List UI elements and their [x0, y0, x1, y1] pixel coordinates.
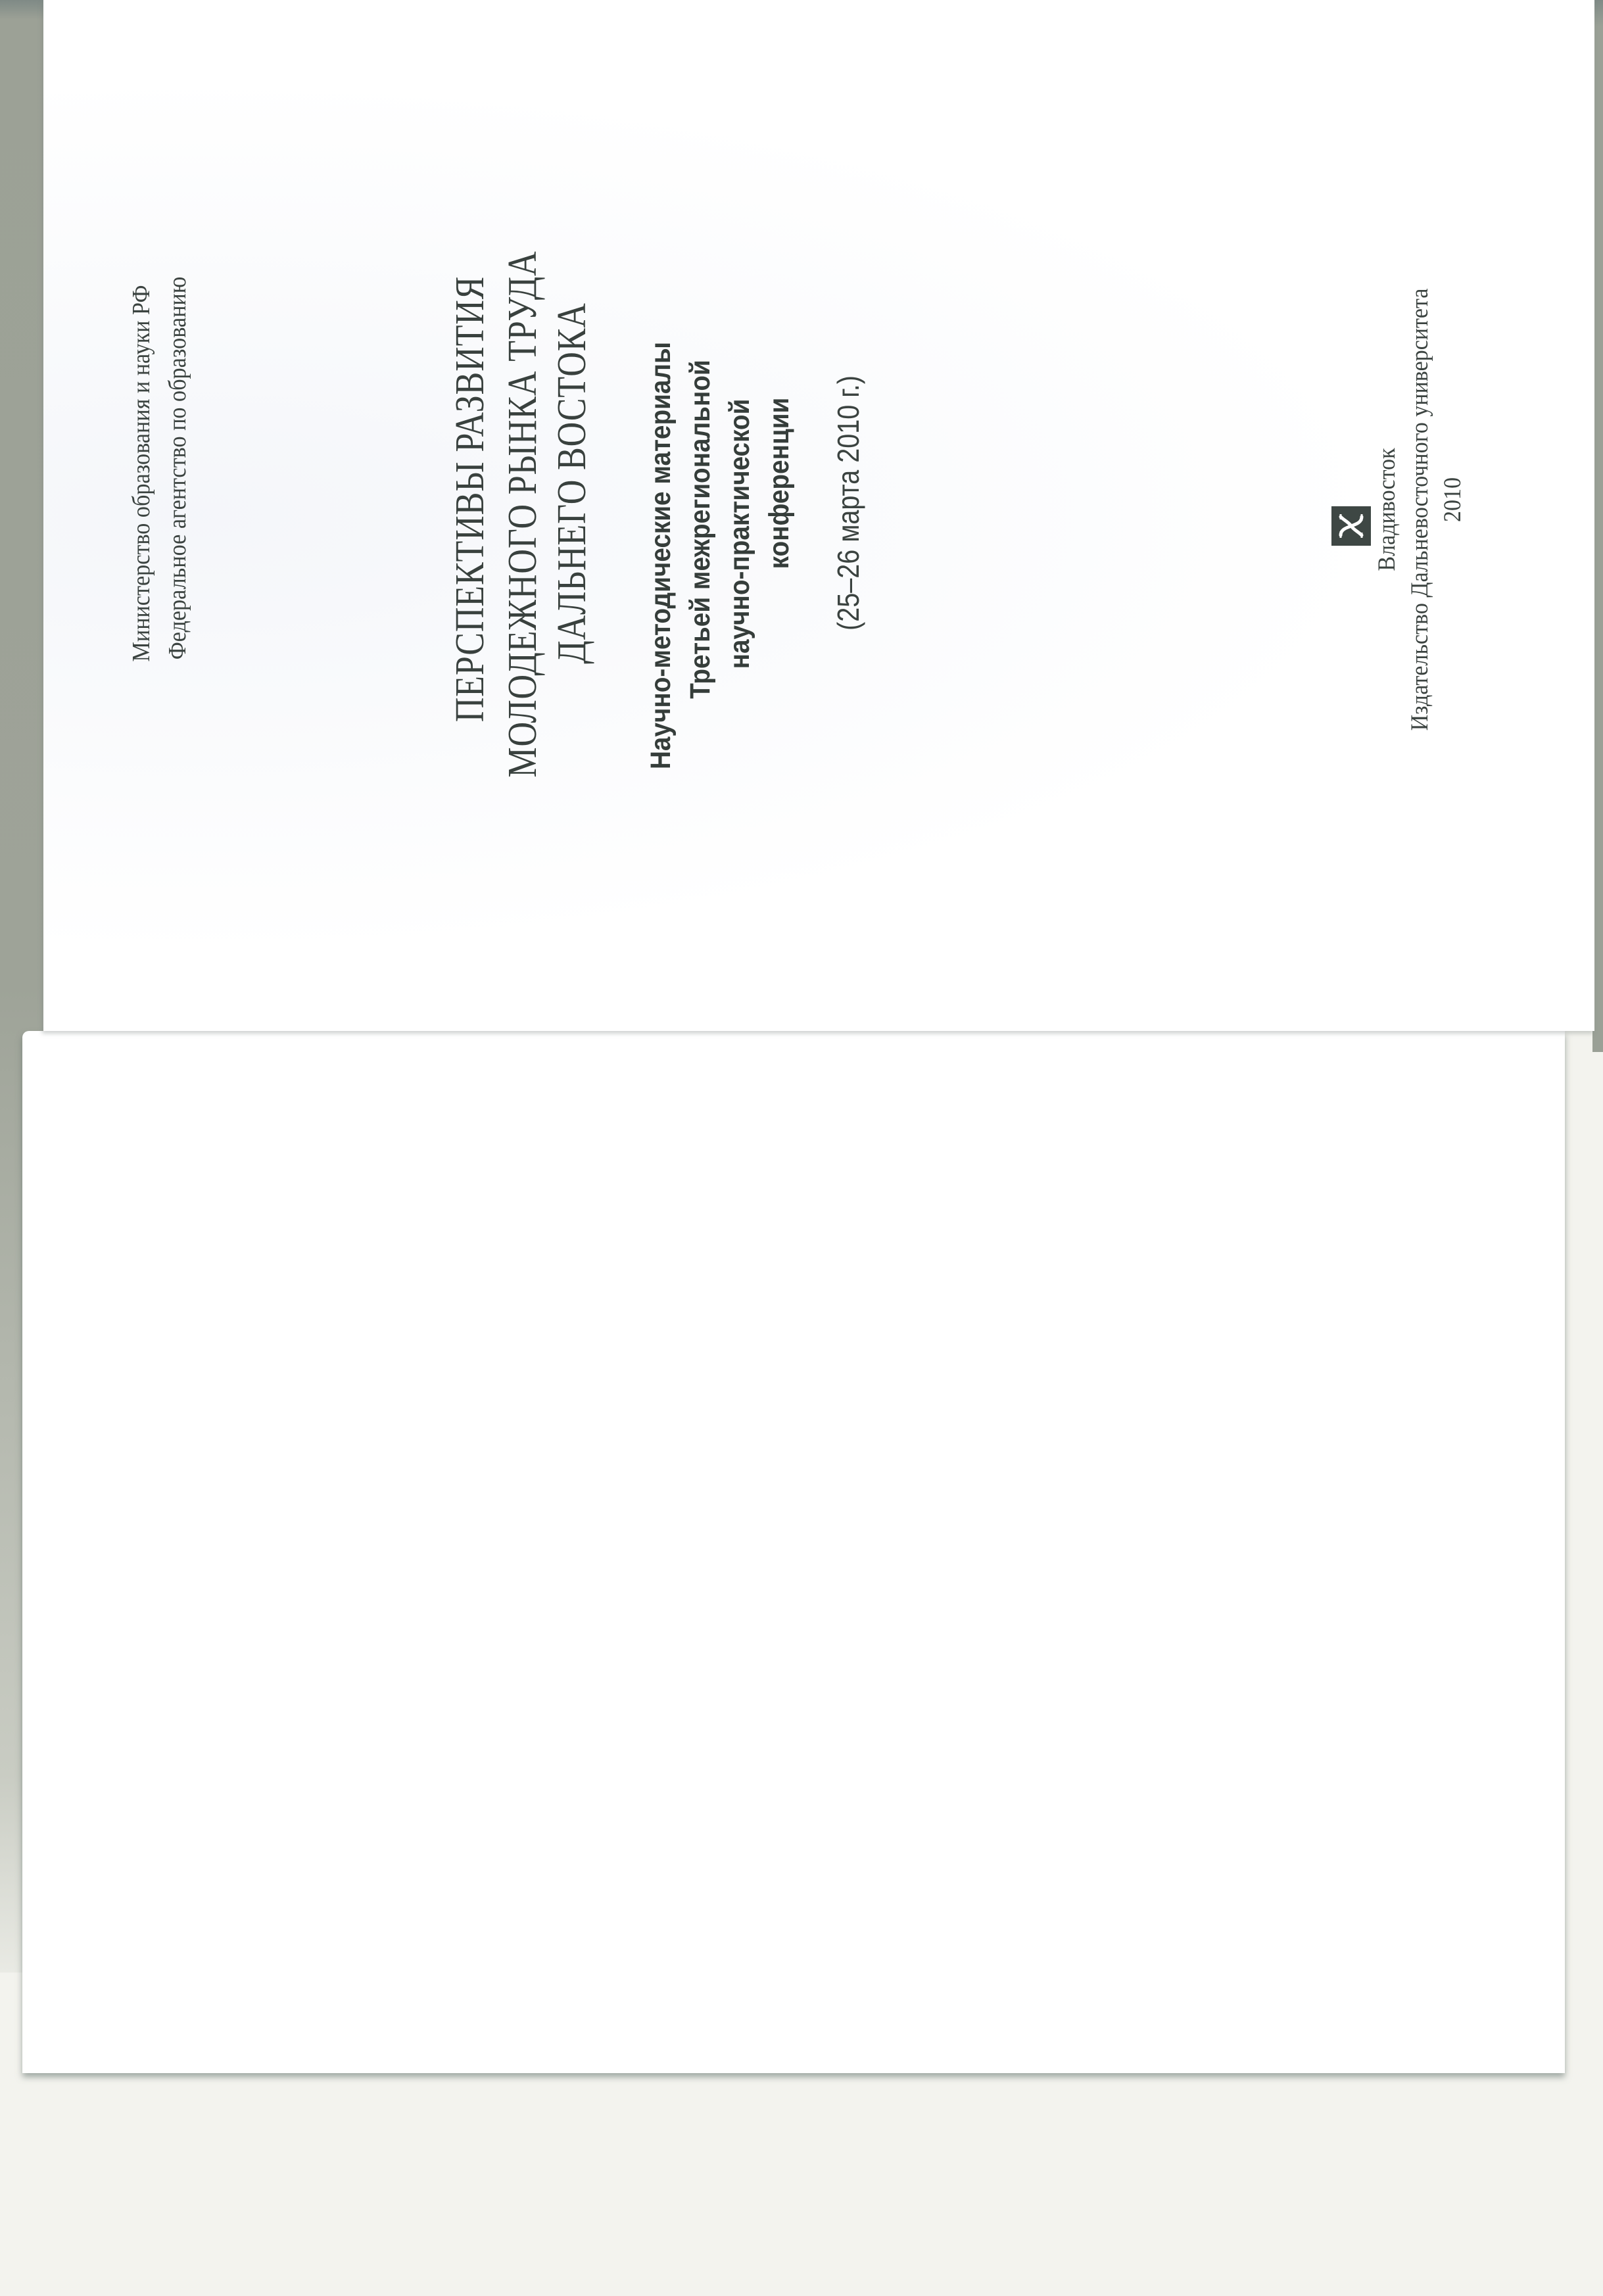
- publication-year: 2010: [1437, 197, 1469, 802]
- subtitle-line-1: Научно-методические материалы: [642, 201, 679, 911]
- subtitle-line-4: конференции: [761, 128, 798, 838]
- publisher-emblem-icon: [1331, 506, 1371, 546]
- subtitle-line-2: Третьей межрегиональной: [682, 174, 719, 884]
- agency-line: Федеральное агентство по образованию: [162, 172, 193, 764]
- title-line-3: ДАЛЬНЕГО ВОСТОКА: [548, 152, 596, 815]
- conference-dates: (25–26 марта 2010 г.): [830, 164, 867, 842]
- publisher-name: Издательство Дальневосточного университе…: [1404, 207, 1436, 812]
- ministry-line: Министерство образования и науки РФ: [126, 178, 157, 769]
- title-page-content: Министерство образования и науки РФ Феде…: [43, 0, 1594, 1031]
- publisher-city: Владивосток: [1372, 207, 1403, 812]
- title-line-2: МОЛОДЕЖНОГО РЫНКА ТРУДА: [499, 183, 546, 846]
- blank-page: [22, 1031, 1565, 2073]
- subtitle-line-3: научно-практической: [721, 179, 758, 889]
- title-line-1: ПЕРСПЕКТИВЫ РАЗВИТИЯ: [446, 168, 494, 830]
